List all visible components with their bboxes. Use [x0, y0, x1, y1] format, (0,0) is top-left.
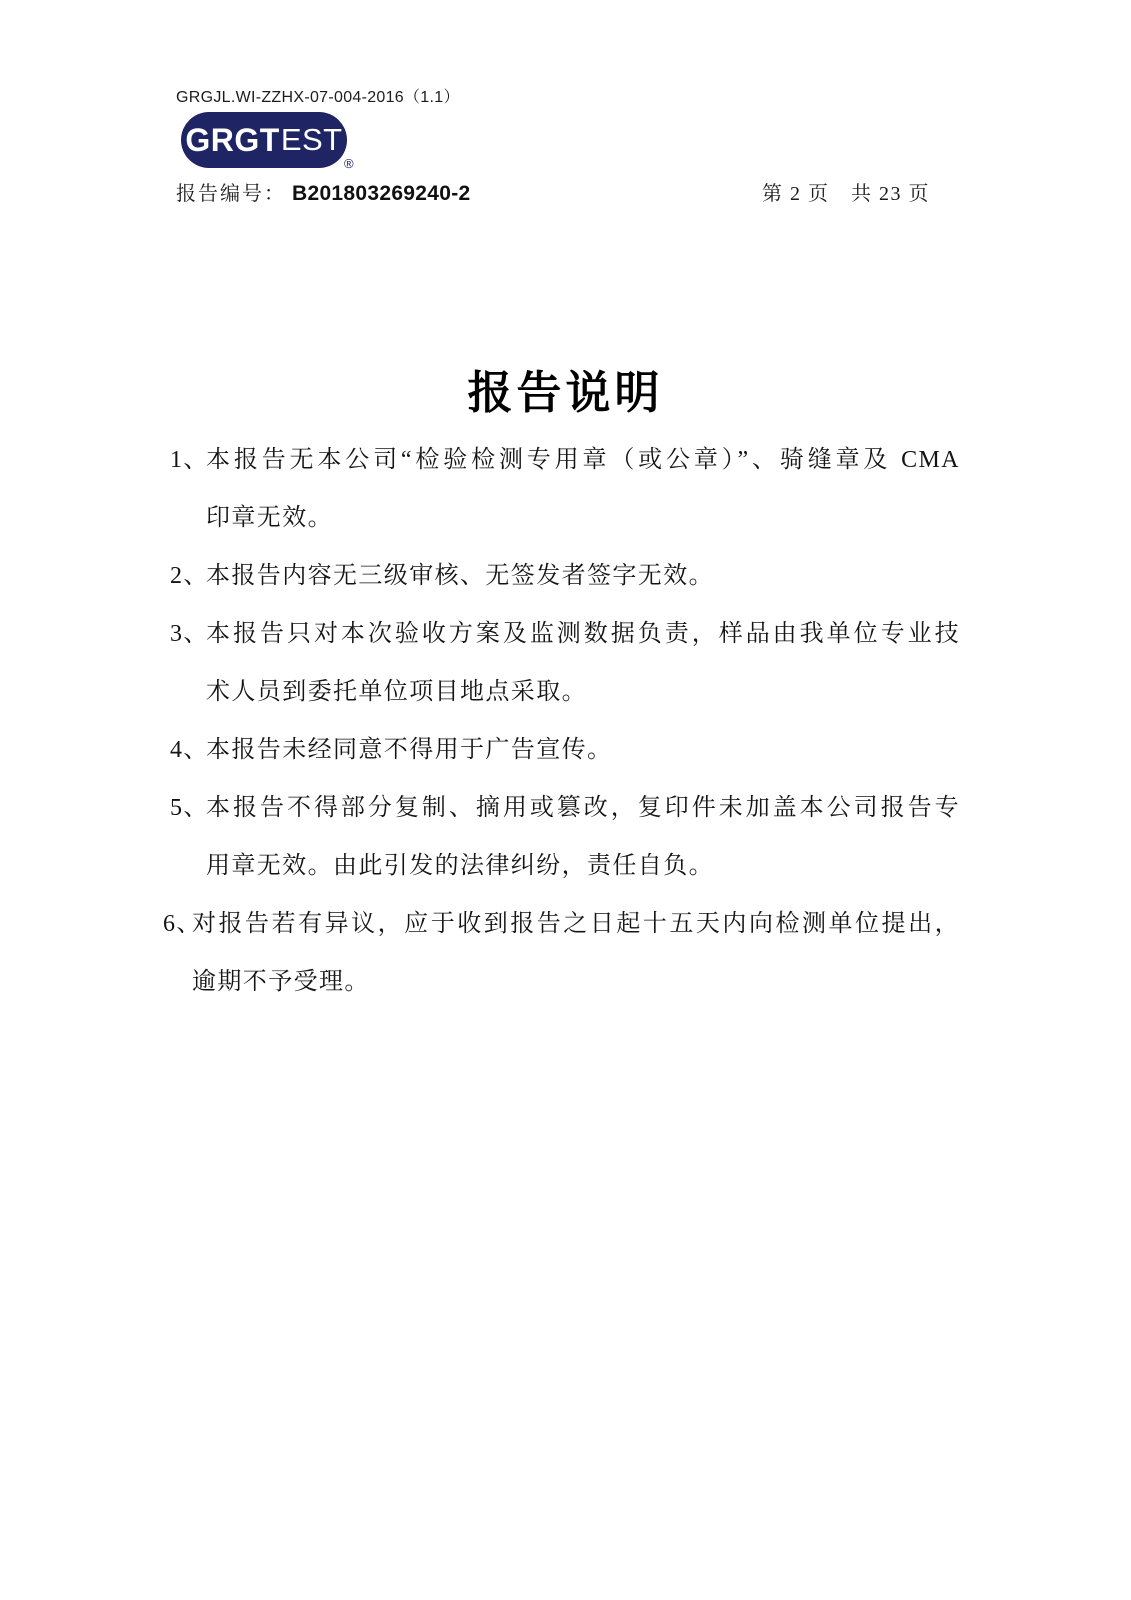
note-body: 本报告只对本次验收方案及监测数据负责，样品由我单位专业技 术人员到委托单位项目地… — [206, 605, 960, 721]
page-title: 报告说明 — [0, 356, 1131, 421]
note-body: 本报告未经同意不得用于广告宣传。 — [206, 721, 960, 779]
page-number-info: 第 2 页 共 23 页 — [762, 177, 930, 206]
report-meta-row: 报告编号： B201803269240-2 第 2 页 共 23 页 — [176, 177, 930, 206]
report-number: 报告编号： B201803269240-2 — [176, 177, 471, 206]
note-body: 本报告无本公司“检验检测专用章（或公章）”、骑缝章及 CMA 印章无效。 — [206, 431, 960, 547]
note-text-line: 本报告无本公司“检验检测专用章（或公章）”、骑缝章及 CMA — [206, 431, 960, 489]
note-text-line: 本报告内容无三级审核、无签发者签字无效。 — [206, 547, 960, 605]
notes-list: 1、 本报告无本公司“检验检测专用章（或公章）”、骑缝章及 CMA 印章无效。 … — [170, 431, 960, 1011]
note-number: 3、 — [170, 605, 206, 721]
logo-text-light: EST — [281, 122, 343, 158]
note-item-4: 4、 本报告未经同意不得用于广告宣传。 — [170, 721, 960, 779]
note-item-1: 1、 本报告无本公司“检验检测专用章（或公章）”、骑缝章及 CMA 印章无效。 — [170, 431, 960, 547]
note-item-3: 3、 本报告只对本次验收方案及监测数据负责，样品由我单位专业技 术人员到委托单位… — [170, 605, 960, 721]
report-number-value: B201803269240-2 — [292, 182, 471, 206]
note-body: 对报告若有异议，应于收到报告之日起十五天内向检测单位提出， 逾期不予受理。 — [192, 895, 960, 1011]
grgtest-logo: GRGTEST ® — [181, 112, 353, 168]
note-item-6: 6、 对报告若有异议，应于收到报告之日起十五天内向检测单位提出， 逾期不予受理。 — [170, 895, 960, 1011]
grgtest-logo-pill: GRGTEST — [181, 112, 347, 168]
logo-text-bold: GRGT — [185, 122, 279, 159]
note-body: 本报告不得部分复制、摘用或篡改，复印件未加盖本公司报告专 用章无效。由此引发的法… — [206, 779, 960, 895]
note-text-line: 术人员到委托单位项目地点采取。 — [206, 663, 960, 721]
note-item-5: 5、 本报告不得部分复制、摘用或篡改，复印件未加盖本公司报告专 用章无效。由此引… — [170, 779, 960, 895]
note-text-line: 逾期不予受理。 — [192, 953, 960, 1011]
note-number: 5、 — [170, 779, 206, 895]
note-text-line: 本报告只对本次验收方案及监测数据负责，样品由我单位专业技 — [206, 605, 960, 663]
note-number: 6、 — [163, 895, 192, 1011]
registered-trademark-icon: ® — [344, 156, 354, 171]
report-number-label: 报告编号： — [176, 177, 286, 206]
note-number: 2、 — [170, 547, 206, 605]
note-text-line: 印章无效。 — [206, 489, 960, 547]
note-text-line: 用章无效。由此引发的法律纠纷，责任自负。 — [206, 837, 960, 895]
note-text-line: 对报告若有异议，应于收到报告之日起十五天内向检测单位提出， — [192, 895, 960, 953]
note-text-line: 本报告不得部分复制、摘用或篡改，复印件未加盖本公司报告专 — [206, 779, 960, 837]
doc-code: GRGJL.WI-ZZHX-07-004-2016（1.1） — [176, 84, 460, 107]
note-number: 1、 — [170, 431, 206, 547]
note-body: 本报告内容无三级审核、无签发者签字无效。 — [206, 547, 960, 605]
document-page: GRGJL.WI-ZZHX-07-004-2016（1.1） GRGTEST ®… — [0, 0, 1131, 1600]
note-item-2: 2、 本报告内容无三级审核、无签发者签字无效。 — [170, 547, 960, 605]
note-text-line: 本报告未经同意不得用于广告宣传。 — [206, 721, 960, 779]
note-number: 4、 — [170, 721, 206, 779]
